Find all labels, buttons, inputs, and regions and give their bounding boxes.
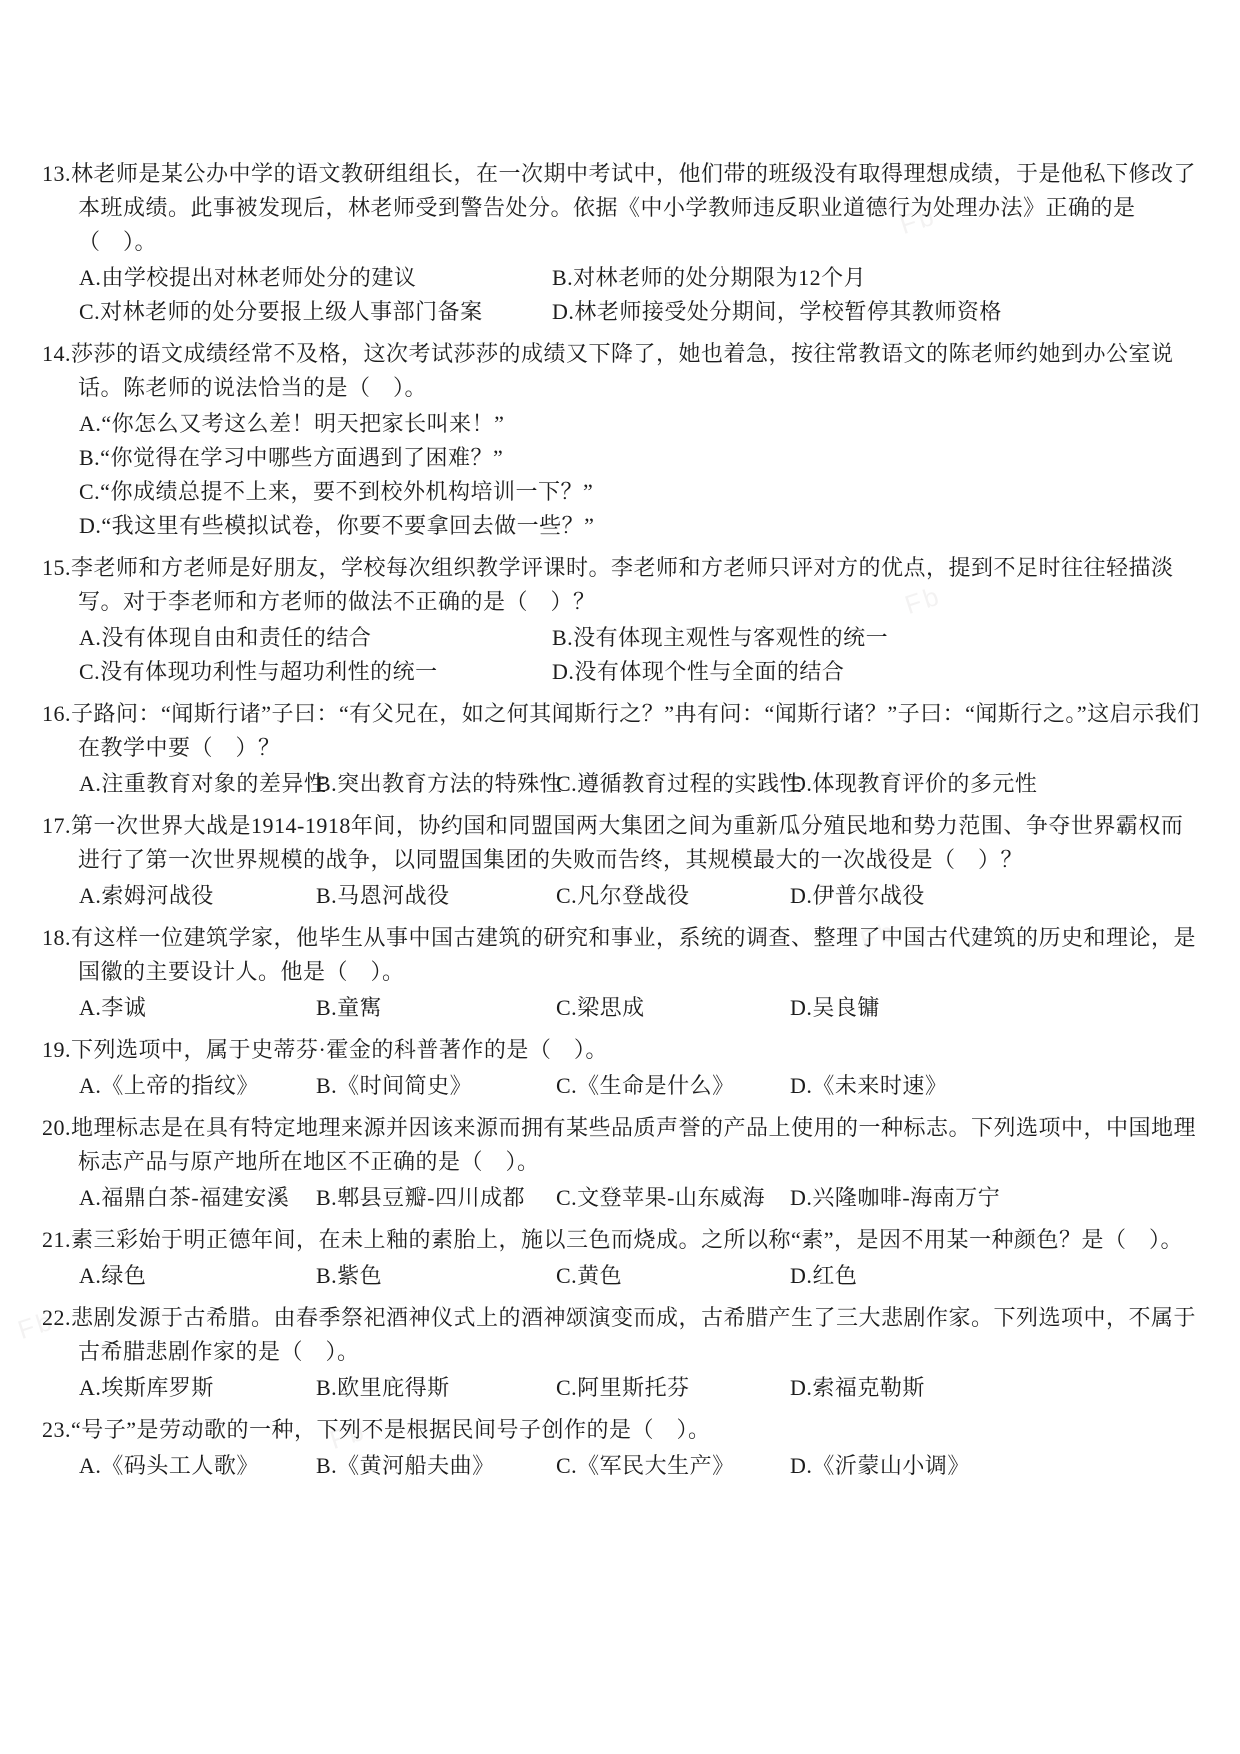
question-options: A.《码头工人歌》 B.《黄河船夫曲》 C.《军民大生产》 D.《沂蒙山小调》 <box>42 1449 1202 1483</box>
question-18: 18.有这样一位建筑学家，他毕生从事中国古建筑的研究和事业，系统的调查、整理了中… <box>42 921 1202 1025</box>
option-c: C.梁思成 <box>556 991 790 1025</box>
question-number: 23. <box>42 1417 71 1442</box>
question-stem: 13.林老师是某公办中学的语文教研组组长，在一次期中考试中，他们带的班级没有取得… <box>42 157 1202 259</box>
option-d: D.兴隆咖啡-海南万宁 <box>790 1181 1202 1215</box>
question-stem: 21.素三彩始于明正德年间，在未上釉的素胎上，施以三色而烧成。之所以称“素”，是… <box>42 1223 1202 1257</box>
option-d: D.林老师接受处分期间，学校暂停其教师资格 <box>552 295 1202 329</box>
option-b: B.对林老师的处分期限为12个月 <box>552 261 1202 295</box>
option-c: C.没有体现功利性与超功利性的统一 <box>79 655 552 689</box>
option-d: D.体现教育评价的多元性 <box>790 767 1202 801</box>
question-text: 素三彩始于明正德年间，在未上釉的素胎上，施以三色而烧成。之所以称“素”，是因不用… <box>71 1227 1183 1252</box>
question-number: 19. <box>42 1037 71 1062</box>
question-stem: 16.子路问：“闻斯行诸”子曰：“有父兄在，如之何其闻斯行之？”冉有问：“闻斯行… <box>42 697 1202 765</box>
question-text: 有这样一位建筑学家，他毕生从事中国古建筑的研究和事业，系统的调查、整理了中国古代… <box>71 925 1196 984</box>
question-options: A.“你怎么又考这么差！明天把家长叫来！” B.“你觉得在学习中哪些方面遇到了困… <box>42 407 1202 543</box>
question-text: 子路问：“闻斯行诸”子曰：“有父兄在，如之何其闻斯行之？”冉有问：“闻斯行诸？”… <box>71 701 1200 760</box>
question-13: 13.林老师是某公办中学的语文教研组组长，在一次期中考试中，他们带的班级没有取得… <box>42 157 1202 329</box>
question-number: 17. <box>42 813 71 838</box>
question-text: 林老师是某公办中学的语文教研组组长，在一次期中考试中，他们带的班级没有取得理想成… <box>71 161 1196 254</box>
option-b: B.紫色 <box>316 1259 556 1293</box>
question-options: A.绿色 B.紫色 C.黄色 D.红色 <box>42 1259 1202 1293</box>
option-b: B.欧里庇得斯 <box>316 1371 556 1405</box>
option-b: B.没有体现主观性与客观性的统一 <box>552 621 1202 655</box>
question-options: A.由学校提出对林老师处分的建议 B.对林老师的处分期限为12个月 C.对林老师… <box>42 261 1202 329</box>
question-number: 15. <box>42 555 71 580</box>
question-14: 14.莎莎的语文成绩经常不及格，这次考试莎莎的成绩又下降了，她也着急，按往常教语… <box>42 337 1202 543</box>
question-stem: 19.下列选项中，属于史蒂芬·霍金的科普著作的是（ ）。 <box>42 1033 1202 1067</box>
option-a: A.由学校提出对林老师处分的建议 <box>79 261 552 295</box>
option-a: A.没有体现自由和责任的结合 <box>79 621 552 655</box>
option-c: C.遵循教育过程的实践性 <box>556 767 790 801</box>
option-c: C.《军民大生产》 <box>556 1449 790 1483</box>
option-b: B.“你觉得在学习中哪些方面遇到了困难？” <box>79 441 1202 475</box>
question-options: A.没有体现自由和责任的结合 B.没有体现主观性与客观性的统一 C.没有体现功利… <box>42 621 1202 689</box>
option-c: C.阿里斯托芬 <box>556 1371 790 1405</box>
option-c: C.黄色 <box>556 1259 790 1293</box>
question-stem: 23.“号子”是劳动歌的一种，下列不是根据民间号子创作的是（ ）。 <box>42 1413 1202 1447</box>
option-c: C.对林老师的处分要报上级人事部门备案 <box>79 295 552 329</box>
option-c: C.《生命是什么》 <box>556 1069 790 1103</box>
option-a: A.索姆河战役 <box>79 879 316 913</box>
option-d: D.没有体现个性与全面的结合 <box>552 655 1202 689</box>
option-a: A.埃斯库罗斯 <box>79 1371 316 1405</box>
question-options: A.索姆河战役 B.马恩河战役 C.凡尔登战役 D.伊普尔战役 <box>42 879 1202 913</box>
option-b: B.突出教育方法的特殊性 <box>316 767 556 801</box>
question-options: A.福鼎白茶-福建安溪 B.郫县豆瓣-四川成都 C.文登苹果-山东威海 D.兴隆… <box>42 1181 1202 1215</box>
question-number: 18. <box>42 925 71 950</box>
question-number: 13. <box>42 161 71 186</box>
option-a: A.注重教育对象的差异性 <box>79 767 316 801</box>
question-number: 16. <box>42 701 71 726</box>
question-stem: 17.第一次世界大战是1914-1918年间，协约国和同盟国两大集团之间为重新瓜… <box>42 809 1202 877</box>
option-a: A.李诚 <box>79 991 316 1025</box>
option-a: A.绿色 <box>79 1259 316 1293</box>
question-22: 22.悲剧发源于古希腊。由春季祭祀酒神仪式上的酒神颂演变而成，古希腊产生了三大悲… <box>42 1301 1202 1405</box>
option-a: A.《上帝的指纹》 <box>79 1069 316 1103</box>
question-20: 20.地理标志是在具有特定地理来源并因该来源而拥有某些品质声誉的产品上使用的一种… <box>42 1111 1202 1215</box>
option-d: D.“我这里有些模拟试卷，你要不要拿回去做一些？” <box>79 509 1202 543</box>
exam-paper-page: Fb Fb Fb Fb Fb 13.林老师是某公办中学的语文教研组组长，在一次期… <box>0 0 1240 1754</box>
option-b: B.《时间简史》 <box>316 1069 556 1103</box>
question-text: “号子”是劳动歌的一种，下列不是根据民间号子创作的是（ ）。 <box>71 1417 711 1442</box>
option-d: D.伊普尔战役 <box>790 879 1202 913</box>
option-d: D.《未来时速》 <box>790 1069 1202 1103</box>
question-options: A.埃斯库罗斯 B.欧里庇得斯 C.阿里斯托芬 D.索福克勒斯 <box>42 1371 1202 1405</box>
question-23: 23.“号子”是劳动歌的一种，下列不是根据民间号子创作的是（ ）。 A.《码头工… <box>42 1413 1202 1483</box>
question-stem: 22.悲剧发源于古希腊。由春季祭祀酒神仪式上的酒神颂演变而成，古希腊产生了三大悲… <box>42 1301 1202 1369</box>
option-c: C.凡尔登战役 <box>556 879 790 913</box>
question-text: 李老师和方老师是好朋友，学校每次组织教学评课时。李老师和方老师只评对方的优点，提… <box>71 555 1174 614</box>
option-d: D.《沂蒙山小调》 <box>790 1449 1202 1483</box>
question-text: 地理标志是在具有特定地理来源并因该来源而拥有某些品质声誉的产品上使用的一种标志。… <box>71 1115 1196 1174</box>
question-options: A.《上帝的指纹》 B.《时间简史》 C.《生命是什么》 D.《未来时速》 <box>42 1069 1202 1103</box>
question-number: 14. <box>42 341 71 366</box>
question-text: 悲剧发源于古希腊。由春季祭祀酒神仪式上的酒神颂演变而成，古希腊产生了三大悲剧作家… <box>71 1305 1196 1364</box>
option-b: B.《黄河船夫曲》 <box>316 1449 556 1483</box>
option-a: A.“你怎么又考这么差！明天把家长叫来！” <box>79 407 1202 441</box>
question-number: 20. <box>42 1115 71 1140</box>
option-a: A.《码头工人歌》 <box>79 1449 316 1483</box>
question-stem: 14.莎莎的语文成绩经常不及格，这次考试莎莎的成绩又下降了，她也着急，按往常教语… <box>42 337 1202 405</box>
question-15: 15.李老师和方老师是好朋友，学校每次组织教学评课时。李老师和方老师只评对方的优… <box>42 551 1202 689</box>
option-c: C.文登苹果-山东威海 <box>556 1181 790 1215</box>
option-d: D.索福克勒斯 <box>790 1371 1202 1405</box>
question-stem: 18.有这样一位建筑学家，他毕生从事中国古建筑的研究和事业，系统的调查、整理了中… <box>42 921 1202 989</box>
question-stem: 15.李老师和方老师是好朋友，学校每次组织教学评课时。李老师和方老师只评对方的优… <box>42 551 1202 619</box>
question-text: 莎莎的语文成绩经常不及格，这次考试莎莎的成绩又下降了，她也着急，按往常教语文的陈… <box>71 341 1174 400</box>
question-options: A.注重教育对象的差异性 B.突出教育方法的特殊性 C.遵循教育过程的实践性 D… <box>42 767 1202 801</box>
question-text: 下列选项中，属于史蒂芬·霍金的科普著作的是（ ）。 <box>71 1037 608 1062</box>
option-b: B.马恩河战役 <box>316 879 556 913</box>
option-c: C.“你成绩总提不上来，要不到校外机构培训一下？” <box>79 475 1202 509</box>
question-number: 21. <box>42 1227 71 1252</box>
question-text: 第一次世界大战是1914-1918年间，协约国和同盟国两大集团之间为重新瓜分殖民… <box>71 813 1183 872</box>
question-16: 16.子路问：“闻斯行诸”子曰：“有父兄在，如之何其闻斯行之？”冉有问：“闻斯行… <box>42 697 1202 801</box>
option-b: B.童寯 <box>316 991 556 1025</box>
question-stem: 20.地理标志是在具有特定地理来源并因该来源而拥有某些品质声誉的产品上使用的一种… <box>42 1111 1202 1179</box>
question-number: 22. <box>42 1305 71 1330</box>
questions-list: 13.林老师是某公办中学的语文教研组组长，在一次期中考试中，他们带的班级没有取得… <box>42 157 1202 1491</box>
question-options: A.李诚 B.童寯 C.梁思成 D.吴良镛 <box>42 991 1202 1025</box>
question-19: 19.下列选项中，属于史蒂芬·霍金的科普著作的是（ ）。 A.《上帝的指纹》 B… <box>42 1033 1202 1103</box>
question-17: 17.第一次世界大战是1914-1918年间，协约国和同盟国两大集团之间为重新瓜… <box>42 809 1202 913</box>
option-d: D.吴良镛 <box>790 991 1202 1025</box>
option-d: D.红色 <box>790 1259 1202 1293</box>
question-21: 21.素三彩始于明正德年间，在未上釉的素胎上，施以三色而烧成。之所以称“素”，是… <box>42 1223 1202 1293</box>
option-b: B.郫县豆瓣-四川成都 <box>316 1181 556 1215</box>
option-a: A.福鼎白茶-福建安溪 <box>79 1181 316 1215</box>
